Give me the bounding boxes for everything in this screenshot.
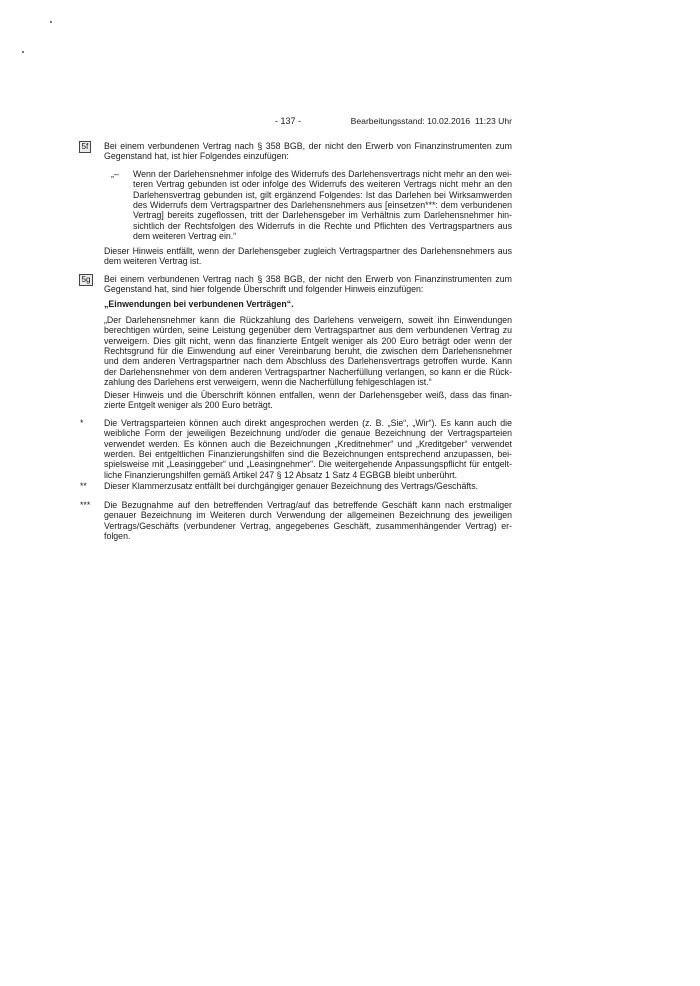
text-line: zierte Entgelt weniger als 200 Euro betr… (104, 400, 512, 410)
text-line: und dem anderen Vertragspartner nach dem… (104, 356, 512, 366)
text-line: verweigern. Dies gilt nicht, wenn das fi… (104, 336, 512, 346)
text-line: Darlehensvertrag gebunden ist, gilt ergä… (133, 190, 512, 200)
text-line: Dieser Hinweis entfällt, wenn der Darleh… (104, 246, 512, 256)
text-line: sichtlich der Rechtsfolgen des Widerrufs… (133, 221, 512, 231)
text-line: weibliche Form der jeweiligen Bezeichnun… (104, 428, 512, 438)
clause-5f-intro: Bei einem verbundenen Vertrag nach § 358… (104, 141, 512, 162)
text-line: Vertrag] bereits zugeflossen, tritt der … (133, 210, 512, 220)
footnote-marker-triple-asterisk: *** (80, 500, 90, 510)
text-line: dem weiteren Vertrag ein.“ (133, 231, 512, 241)
text-line: folgen. (104, 531, 512, 541)
clause-5f-note: Dieser Hinweis entfällt, wenn der Darleh… (104, 246, 512, 267)
clause-5g-quoted-text: „Der Darlehensnehmer kann die Rückzahlun… (104, 315, 512, 387)
clause-label-5g: 5g (79, 274, 93, 286)
scan-speck (22, 51, 24, 53)
clause-5g-intro: Bei einem verbundenen Vertrag nach § 358… (104, 274, 512, 295)
clause-5f-quoted-text: Wenn der Darlehensnehmer infolge des Wid… (133, 169, 512, 241)
text-line: teren Vertrag gebunden ist oder infolge … (133, 179, 512, 189)
text-line: berechtigen würden, seine Leistung gegen… (104, 325, 512, 335)
editing-status: Bearbeitungsstand: 10.02.2016 11:23 Uhr (351, 116, 512, 126)
text-line: verwendet werden. Es können auch die Bez… (104, 439, 512, 449)
text-line: Rechtsgrund für die Einwendung auf einer… (104, 346, 512, 356)
text-line: Gegenstand hat, sind hier folgende Übers… (104, 284, 512, 294)
dash-bullet-marker: „– (111, 169, 119, 179)
text-line: Dieser Klammerzusatz entfällt bei durchg… (104, 481, 512, 491)
scan-speck (50, 21, 52, 23)
page-number: - 137 - (275, 116, 301, 126)
footnote-marker-single-asterisk: * (80, 418, 83, 428)
text-line: Dieser Hinweis und die Überschrift könne… (104, 390, 512, 400)
footnote-marker-double-asterisk: ** (80, 481, 87, 491)
text-line: „Der Darlehensnehmer kann die Rückzahlun… (104, 315, 512, 325)
text-line: zahlung des Darlehens erst verweigern, w… (104, 377, 512, 387)
footnote-triple-asterisk: Die Bezugnahme auf den betreffenden Vert… (104, 500, 512, 541)
footnote-double-asterisk: Dieser Klammerzusatz entfällt bei durchg… (104, 481, 512, 491)
text-line: werden. Bei entgeltlichen Finanzierungsh… (104, 449, 512, 459)
clause-label-5f: 5f (79, 141, 91, 153)
text-line: spielsweise mit „Leasinggeber“ und „Leas… (104, 459, 512, 469)
text-line: Bei einem verbundenen Vertrag nach § 358… (104, 274, 512, 284)
clause-5g-note: Dieser Hinweis und die Überschrift könne… (104, 390, 512, 411)
text-line: liche Finanzierungshilfen gemäß Artikel … (104, 470, 512, 480)
text-line: der Darlehensnehmer von dem anderen Vert… (104, 367, 512, 377)
text-line: des Widerrufs dem Vertragspartner des Da… (133, 200, 512, 210)
text-line: Wenn der Darlehensnehmer infolge des Wid… (133, 169, 512, 179)
text-line: Vertrags/Geschäfts (verbundener Vertrag,… (104, 521, 512, 531)
text-line: dem weiteren Vertrag ist. (104, 256, 512, 266)
clause-5g-heading: „Einwendungen bei verbundenen Verträgen“… (104, 299, 512, 309)
text-line: Die Vertragsparteien können auch direkt … (104, 418, 512, 428)
text-line: genauer Bezeichnung im Weiteren durch Ve… (104, 510, 512, 520)
text-line: Gegenstand hat, ist hier Folgendes einzu… (104, 151, 512, 161)
text-line: Bei einem verbundenen Vertrag nach § 358… (104, 141, 512, 151)
text-line: Die Bezugnahme auf den betreffenden Vert… (104, 500, 512, 510)
footnote-single-asterisk: Die Vertragsparteien können auch direkt … (104, 418, 512, 480)
document-page: - 137 - Bearbeitungsstand: 10.02.2016 11… (0, 0, 700, 986)
